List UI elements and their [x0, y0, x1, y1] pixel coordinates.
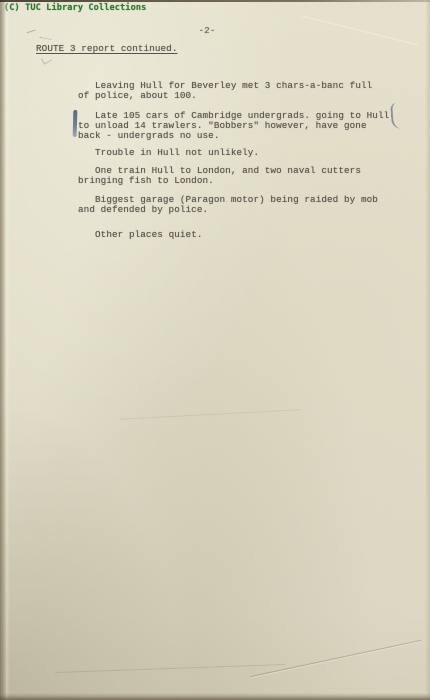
scanned-document-page: (C) TUC Library Collections -2- ROUTE 3 …: [0, 0, 430, 700]
paragraph-paragon-garage: Biggest garage (Paragon motor) being rai…: [78, 195, 378, 215]
paper-grain-texture: [0, 0, 430, 700]
paper-crease: [120, 409, 300, 419]
paper-crease: [250, 640, 421, 677]
scan-edge-highlight: [6, 0, 10, 700]
paragraph-train-cutters: One train Hull to London, and two naval …: [78, 166, 361, 186]
text-line: Other places quiet.: [78, 230, 203, 240]
text-line: Trouble in Hull not unlikely.: [78, 148, 259, 158]
text-line: and defended by police.: [78, 205, 378, 215]
pencil-mark: [41, 54, 52, 65]
paper-crease: [55, 664, 285, 673]
paragraph-leaving-hull: Leaving Hull for Beverley met 3 chars-a-…: [78, 81, 372, 101]
paragraph-other-places: Other places quiet.: [78, 230, 203, 240]
scan-edge-bottom: [0, 693, 430, 700]
pen-annotation-left-margin: [73, 110, 77, 137]
text-line: of police, about 100.: [78, 91, 372, 101]
paragraph-trouble-hull: Trouble in Hull not unlikely.: [78, 148, 259, 158]
text-line: bringing fish to London.: [78, 176, 361, 186]
pen-annotation-right-margin: [390, 103, 402, 130]
scan-edge-top: [0, 0, 430, 2]
archive-watermark: (C) TUC Library Collections: [4, 3, 146, 13]
scan-edge-right: [425, 0, 430, 700]
report-heading: ROUTE 3 report continued.: [36, 44, 177, 54]
text-line: back - undergrads no use.: [78, 131, 389, 141]
page-number: -2-: [0, 26, 414, 36]
paragraph-cambridge-undergrads: Late 105 cars of Cambridge undergrads. g…: [78, 111, 389, 141]
